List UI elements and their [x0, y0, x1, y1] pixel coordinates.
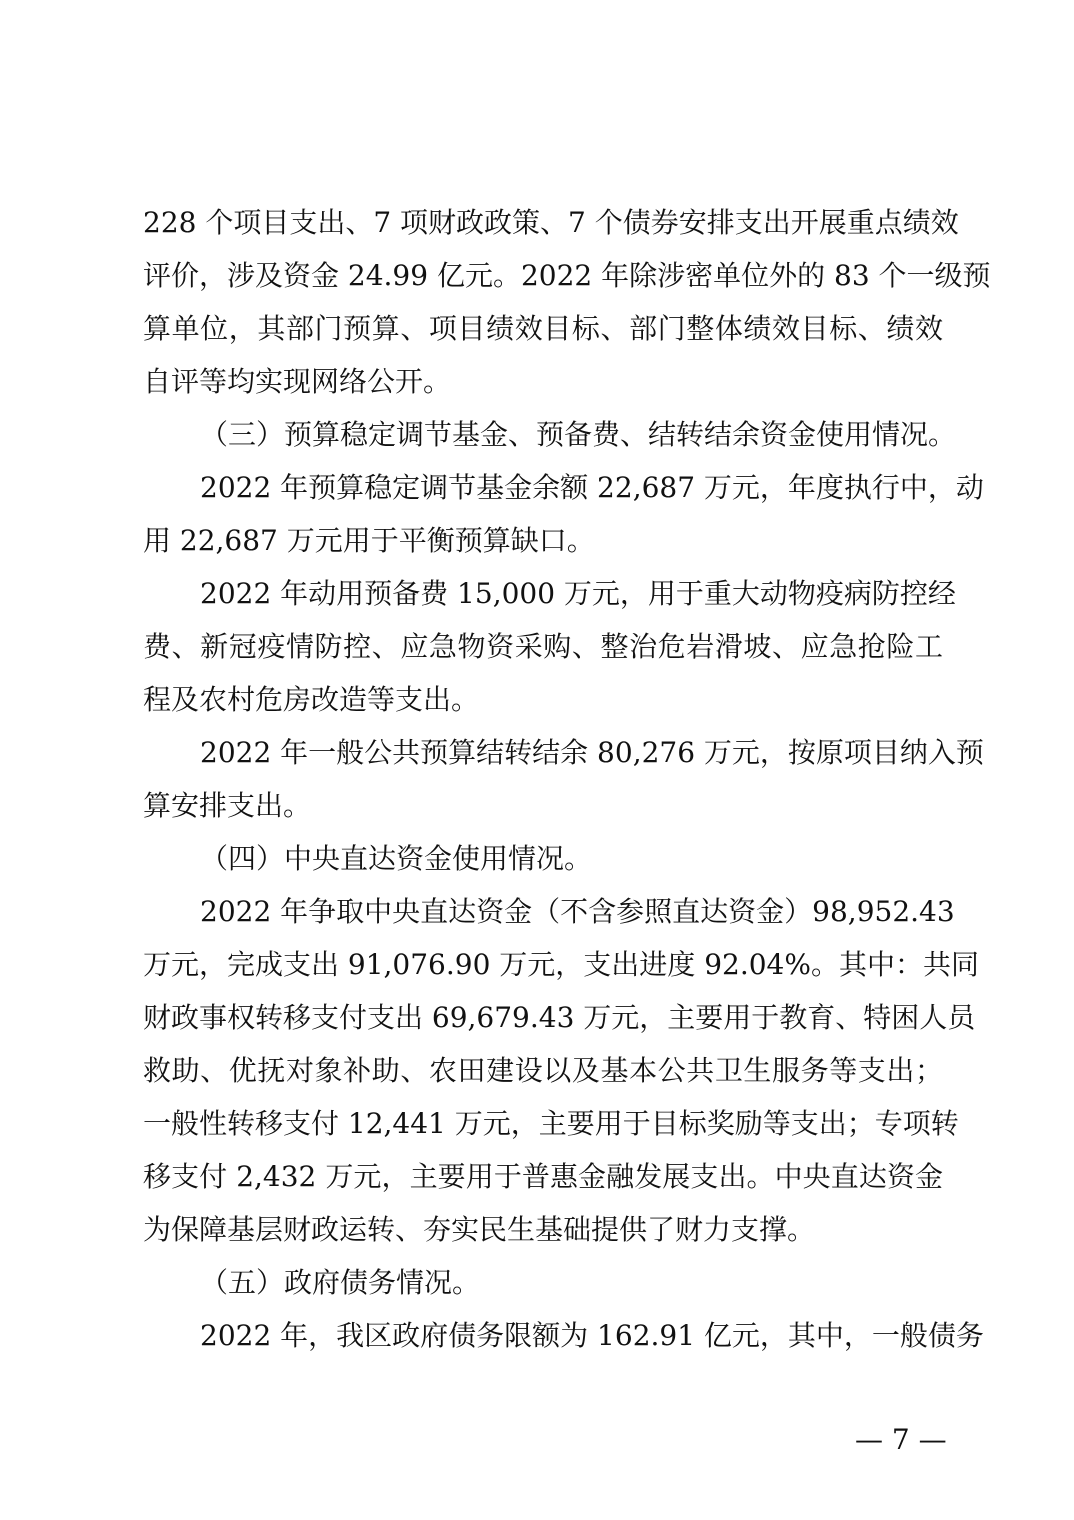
- paragraph-line: 一般性转移支付 12,441 万元，主要用于目标奖励等支出；专项转: [143, 1097, 943, 1150]
- section-heading-5: （五）政府债务情况。: [200, 1256, 943, 1309]
- paragraph-line: 财政事权转移支付支出 69,679.43 万元，主要用于教育、特困人员: [143, 991, 943, 1044]
- paragraph-line: 程及农村危房改造等支出。: [143, 673, 943, 726]
- paragraph-line: 自评等均实现网络公开。: [143, 355, 943, 408]
- paragraph-line: 算单位，其部门预算、项目绩效目标、部门整体绩效目标、绩效: [143, 302, 943, 355]
- page-number: — 7 —: [855, 1420, 947, 1460]
- paragraph-line: 算安排支出。: [143, 779, 943, 832]
- paragraph-line: 2022 年争取中央直达资金（不含参照直达资金）98,952.43: [200, 885, 943, 938]
- paragraph-line: 为保障基层财政运转、夯实民生基础提供了财力支撑。: [143, 1203, 943, 1256]
- paragraph-line: 用 22,687 万元用于平衡预算缺口。: [143, 514, 943, 567]
- paragraph-line: 228 个项目支出、7 项财政政策、7 个债券安排支出开展重点绩效: [143, 196, 943, 249]
- paragraph-line: 2022 年动用预备费 15,000 万元，用于重大动物疫病防控经: [200, 567, 943, 620]
- paragraph-line: 费、新冠疫情防控、应急物资采购、整治危岩滑坡、应急抢险工: [143, 620, 943, 673]
- paragraph-line: 救助、优抚对象补助、农田建设以及基本公共卫生服务等支出；: [143, 1044, 943, 1097]
- paragraph-line: 2022 年，我区政府债务限额为 162.91 亿元，其中，一般债务: [200, 1309, 943, 1362]
- section-heading-3: （三）预算稳定调节基金、预备费、结转结余资金使用情况。: [200, 408, 943, 461]
- paragraph-line: 2022 年预算稳定调节基金余额 22,687 万元，年度执行中，动: [200, 461, 943, 514]
- paragraph-line: 移支付 2,432 万元，主要用于普惠金融发展支出。中央直达资金: [143, 1150, 943, 1203]
- section-heading-4: （四）中央直达资金使用情况。: [200, 832, 943, 885]
- paragraph-line: 2022 年一般公共预算结转结余 80,276 万元，按原项目纳入预: [200, 726, 943, 779]
- paragraph-line: 万元，完成支出 91,076.90 万元，支出进度 92.04%。其中：共同: [143, 938, 943, 991]
- paragraph-line: 评价，涉及资金 24.99 亿元。2022 年除涉密单位外的 83 个一级预: [143, 249, 943, 302]
